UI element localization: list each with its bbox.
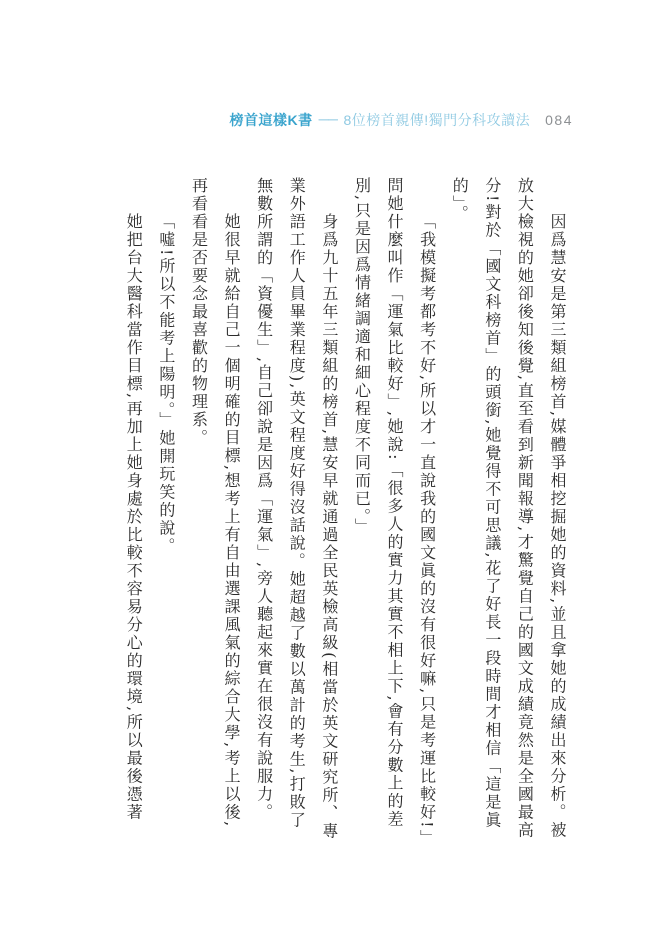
paragraph: 她把台大醫科當作目標,再加上她身處於比較不容易分心的環境,所以最後憑著 [117,177,150,845]
paragraph: 「噓!所以不能考上陽明。」她開玩笑的說。 [149,177,182,845]
title-separator-dash: ── [319,109,338,129]
paragraph: 身爲九十五年三類組的榜首,慧安早就通過全民英檢高級(相當於英文研究所、專業外語工… [247,177,345,845]
page-number: 084 [545,110,573,130]
body-text: 因爲慧安是第三類組榜首,媒體爭相挖掘她的資料,並且拿她的成績出來分析。被放大檢視… [84,177,573,845]
book-title: 榜首這樣K書 [229,110,312,130]
paragraph: 「我模擬考都考不好,所以才一直說我的國文眞的沒有很好嘛,只是考運比較好!」問她什… [345,177,443,845]
paragraph: 因爲慧安是第三類組榜首,媒體爭相挖掘她的資料,並且拿她的成績出來分析。被放大檢視… [443,177,573,845]
page-header: 榜首這樣K書 ── 8位榜首親傳!獨門分科攻讀法 084 [229,110,573,130]
paragraph: 她很早就給自己一個明確的目標,想考上有自由選課風氣的綜合大學,考上以後,再看看是… [182,177,247,845]
book-subtitle: 8位榜首親傳!獨門分科攻讀法 [343,110,530,130]
